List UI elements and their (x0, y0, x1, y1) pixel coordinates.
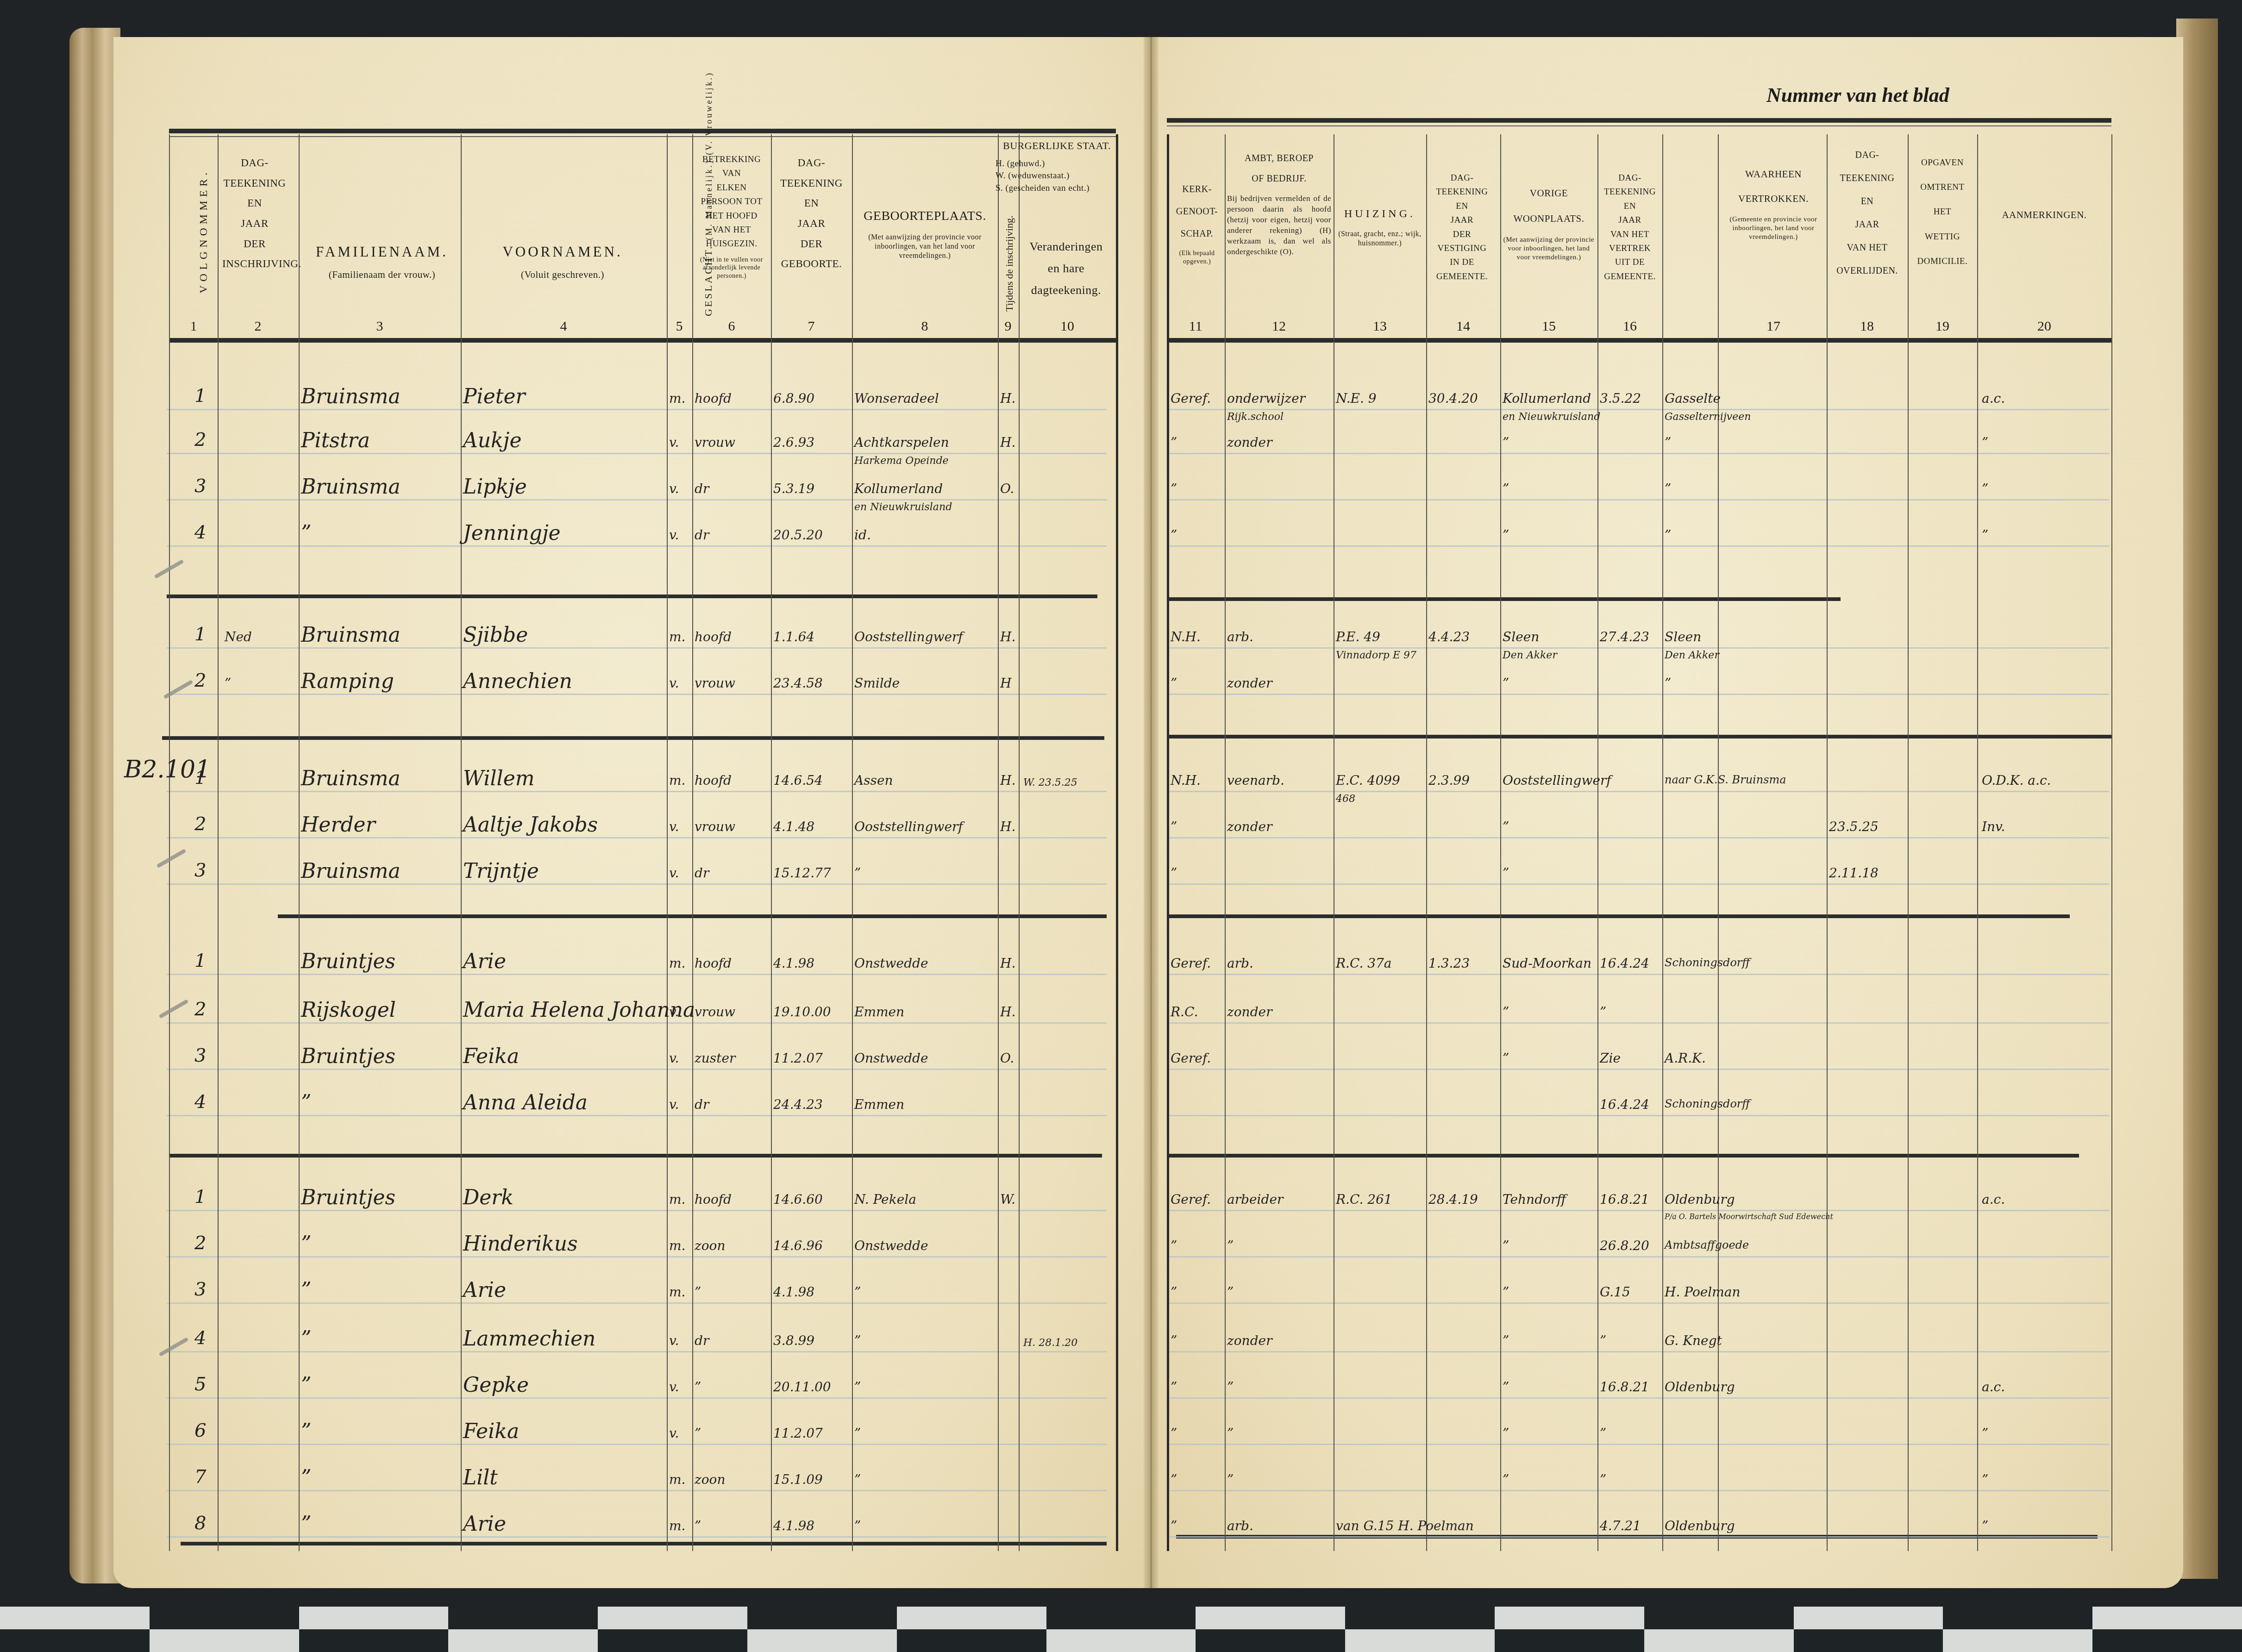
civil-status: H. (1000, 1006, 1015, 1019)
birth-date: 5.3.19 (773, 482, 814, 495)
remarks: a.c. (1982, 392, 2005, 405)
sex: v. (669, 1098, 679, 1111)
occupation: veenarb. (1227, 774, 1284, 787)
ruling-line (167, 1256, 1107, 1258)
birthplace: ” (854, 1473, 861, 1486)
relation-to-head: hoofd (695, 957, 732, 970)
surname: Bruintjes (301, 951, 395, 972)
civil-changes: W. 23.5.25 (1023, 778, 1077, 788)
ruling-line (167, 1022, 1107, 1024)
previous-residence: ” (1503, 436, 1509, 449)
departure-date: 16.4.24 (1600, 1098, 1649, 1111)
relation-to-head: hoofd (695, 392, 732, 405)
ruling-line (1169, 409, 2109, 410)
church: N.H. (1171, 774, 1201, 787)
destination: Gasselte (1665, 392, 1721, 405)
column-line (1426, 134, 1427, 1551)
surname: Bruinsma (301, 387, 401, 407)
surname: Herder (301, 815, 376, 835)
surname: ” (301, 1280, 312, 1301)
occupation: arbeider (1227, 1193, 1283, 1206)
destination: Ambtsaffgoede (1665, 1239, 1749, 1251)
church: ” (1171, 1381, 1177, 1394)
previous-residence: ” (1503, 677, 1509, 690)
sex: m. (669, 1193, 685, 1206)
given-names: Feika (463, 1046, 519, 1067)
column-line (1334, 134, 1334, 1551)
column-line (1500, 134, 1501, 1551)
entry-number: 1 (194, 1188, 206, 1206)
sex: m. (669, 774, 685, 787)
destination: ” (1665, 529, 1671, 542)
ruling-line (167, 1536, 1107, 1538)
destination: ” (1665, 436, 1671, 449)
col3-header: FAMILIENAAM. (Familienaam der vrouw.) (306, 238, 458, 284)
surname: ” (301, 1421, 312, 1442)
departure-date: 4.7.21 (1600, 1520, 1641, 1533)
col6-header: BETREKKINGVANELKENPERSOON TOTHET HOOFDVA… (692, 153, 771, 280)
birthplace: Onstwedde (854, 957, 928, 970)
remarks: a.c. (1982, 1193, 2005, 1206)
ruling-line (1169, 1490, 2109, 1491)
given-names: Jenningje (463, 523, 561, 544)
destination: ” (1665, 482, 1671, 495)
relation-to-head: dr (695, 482, 709, 495)
departure-date: 27.4.23 (1600, 631, 1649, 644)
household-separator-1-right (1169, 597, 1841, 601)
birthplace-continued: en Nieuwkruisland (854, 502, 952, 513)
column-number-19: 19 (1924, 319, 1961, 334)
surname: ” (301, 1375, 312, 1395)
registration-date: Ned (225, 631, 252, 644)
column-number-4: 4 (545, 319, 582, 334)
birthplace: Kollumerland (854, 482, 943, 495)
ruling-line (167, 974, 1107, 975)
ruling-line (167, 837, 1107, 839)
settlement-date: 1.3.23 (1428, 957, 1470, 970)
death-date: 2.11.18 (1829, 867, 1879, 880)
house: E.C. 4099 (1336, 774, 1400, 787)
ruling-line (167, 791, 1107, 792)
surname: ” (301, 1329, 312, 1349)
destination: Oldenburg (1665, 1520, 1735, 1533)
sex: v. (669, 820, 679, 833)
relation-to-head: vrouw (695, 436, 735, 449)
column-line (169, 134, 170, 1551)
house-continued: Vinnadorp E 97 (1336, 651, 1416, 661)
surname: Bruinsma (301, 861, 401, 882)
birthplace: ” (854, 1520, 861, 1533)
destination: ” (1665, 677, 1671, 690)
column-number-17: 17 (1755, 319, 1792, 334)
header-top-thinrule-left (169, 136, 1116, 137)
sex: v. (669, 529, 679, 542)
birth-date: 14.6.60 (773, 1193, 823, 1206)
ruling-line (1169, 791, 2109, 792)
previous-continued: en Nieuwkruisland (1503, 412, 1600, 422)
entry-number: 3 (194, 1046, 206, 1065)
relation-to-head: zuster (695, 1052, 735, 1065)
col10-header: Veranderingenen haredagteekening. (1016, 236, 1116, 301)
birthplace: ” (854, 1334, 861, 1347)
given-names: Lipkje (463, 477, 527, 497)
header-top-rule-left (169, 129, 1116, 133)
column-line (771, 134, 772, 1551)
birthplace: Assen (854, 774, 893, 787)
occupation: ” (1227, 1286, 1234, 1299)
sex: m. (669, 1239, 685, 1252)
ruling-line (167, 453, 1107, 454)
given-names: Sjibbe (463, 625, 528, 645)
church: ” (1171, 1520, 1177, 1533)
civil-status: H. (1000, 436, 1015, 449)
settlement-date: 30.4.20 (1428, 392, 1478, 405)
sex: m. (669, 631, 685, 644)
birthplace: Smilde (854, 677, 900, 690)
col4-header: VOORNAMEN. (Voluit geschreven.) (463, 238, 662, 284)
church: Geref. (1171, 1193, 1211, 1206)
relation-to-head: ” (695, 1520, 701, 1533)
previous-residence: ” (1503, 1239, 1509, 1252)
church: ” (1171, 482, 1177, 495)
column-line (461, 134, 462, 1551)
birthplace: N. Pekela (854, 1193, 916, 1206)
birth-date: 4.1.98 (773, 1520, 814, 1533)
column-line (1116, 134, 1118, 1551)
col16-header: DAG-TEEKENINGENJAARVAN HETVERTREKUIT DEG… (1597, 171, 1662, 284)
ruling-line (1169, 1351, 2109, 1352)
column-number-10: 10 (1049, 319, 1086, 334)
birth-date: 15.1.09 (773, 1473, 823, 1486)
column-line (1225, 134, 1226, 1551)
book-edge-left (69, 28, 120, 1583)
sex: m. (669, 957, 685, 970)
given-names: Arie (463, 1280, 506, 1301)
given-names: Pieter (463, 387, 525, 407)
surname: Bruinsma (301, 477, 401, 497)
birthplace: Achtkarspelen (854, 436, 949, 449)
col11-header: KERK-GENOOT-SCHAP. (Elk bepaald opgeven.… (1169, 178, 1225, 266)
col14-header: DAG-TEEKENINGENJAARDERVESTIGINGIN DEGEME… (1428, 171, 1496, 284)
birthplace: ” (854, 1381, 861, 1394)
birthplace-continued: Harkema Opeinde (854, 456, 949, 466)
given-names: Anna Aleida (463, 1093, 588, 1113)
col20-header: AANMERKINGEN. (1979, 206, 2109, 225)
occupation: zonder (1227, 1006, 1272, 1019)
ruling-line (1169, 883, 2109, 885)
column-number-5: 5 (661, 319, 698, 334)
household-separator-1-left (167, 594, 1097, 598)
book-gutter (1144, 37, 1159, 1588)
column-number-3: 3 (361, 319, 398, 334)
header-bottom-rule-right (1167, 338, 2111, 343)
remarks: ” (1982, 1473, 1988, 1486)
relation-to-head: vrouw (695, 1006, 735, 1019)
birth-date: 20.5.20 (773, 529, 823, 542)
departure-date: 16.4.24 (1600, 957, 1649, 970)
civil-changes: H. 28.1.20 (1023, 1338, 1077, 1348)
column-line (1019, 134, 1020, 1551)
ruling-line (1169, 545, 2109, 547)
relation-to-head: ” (695, 1381, 701, 1394)
destination: Schoningsdorff (1665, 957, 1750, 968)
remarks: a.c. (1982, 1381, 2005, 1394)
entry-number: 2 (194, 1234, 206, 1252)
given-names: Hinderikus (463, 1234, 578, 1254)
destination: Oldenburg (1665, 1381, 1735, 1394)
entry-number: 1 (194, 387, 206, 405)
church: ” (1171, 820, 1177, 833)
birth-date: 2.6.93 (773, 436, 814, 449)
given-names: Willem (463, 769, 534, 789)
departure-date: G.15 (1600, 1286, 1630, 1299)
given-names: Aaltje Jakobs (463, 815, 598, 835)
departure-date: ” (1600, 1473, 1606, 1486)
entry-number: 4 (194, 523, 206, 542)
house-continued: 468 (1336, 794, 1355, 804)
ruling-line (1169, 1302, 2109, 1304)
occupation: zonder (1227, 677, 1272, 690)
ruling-line (167, 545, 1107, 547)
col1-header: VOLGNOMMER. (198, 155, 210, 294)
registration-date: ” (225, 677, 231, 690)
settlement-date: 4.4.23 (1428, 631, 1470, 644)
relation-to-head: dr (695, 529, 709, 542)
color-calibration-strip (0, 1607, 2242, 1652)
column-number-16: 16 (1611, 319, 1648, 334)
ruling-line (167, 694, 1107, 695)
occupation: arb. (1227, 957, 1253, 970)
birthplace: Onstwedde (854, 1052, 928, 1065)
col13-header: HUIZING. (Straat, gracht, enz.; wijk, hu… (1334, 204, 1426, 248)
burgerlijke-staat-header: BURGERLIJKE STAAT. H. (gehuwd.) W. (wedu… (996, 139, 1118, 195)
previous-residence: ” (1503, 1427, 1509, 1440)
col17-header: WAARHEENVERTROKKEN. (Gemeente en provinc… (1720, 162, 1827, 241)
household-separator-3-right (1167, 914, 2070, 918)
sex: v. (669, 482, 679, 495)
ruling-line (1169, 1022, 2109, 1024)
column-number-2: 2 (239, 319, 276, 334)
previous-residence: Tehndorff (1503, 1193, 1566, 1206)
ruling-line (167, 1351, 1107, 1352)
entry-number: 2 (194, 1000, 206, 1019)
birth-date: 6.8.90 (773, 392, 814, 405)
ruling-line (167, 1210, 1107, 1211)
church: ” (1171, 529, 1177, 542)
entry-number: 3 (194, 477, 206, 495)
ruling-line (167, 1490, 1107, 1491)
sex: v. (669, 867, 679, 880)
previous-residence: Sleen (1503, 631, 1539, 644)
civil-status: O. (1000, 1052, 1014, 1065)
settlement-date: 2.3.99 (1428, 774, 1470, 787)
entry-number: 8 (194, 1514, 206, 1533)
ruling-line (167, 1444, 1107, 1445)
relation-to-head: zoon (695, 1239, 726, 1252)
civil-status: H. (1000, 820, 1015, 833)
previous-residence: ” (1503, 1006, 1509, 1019)
church: ” (1171, 1427, 1177, 1440)
occupation: onderwijzer (1227, 392, 1305, 405)
civil-status: O. (1000, 482, 1014, 495)
settlement-date: 28.4.19 (1428, 1193, 1478, 1206)
relation-to-head: vrouw (695, 820, 735, 833)
birthplace: ” (854, 1286, 861, 1299)
ruling-line (167, 1302, 1107, 1304)
birthplace: Emmen (854, 1098, 904, 1111)
sex: m. (669, 1473, 685, 1486)
previous-residence: Ooststellingwerf (1503, 774, 1611, 787)
church: ” (1171, 1473, 1177, 1486)
destination: G. Knegt (1665, 1334, 1722, 1347)
church: ” (1171, 677, 1177, 690)
entry-number: 6 (194, 1421, 206, 1440)
col15-header: VORIGEWOONPLAATS. (Met aanwijzing der pr… (1500, 181, 1597, 262)
departure-date: ” (1600, 1427, 1606, 1440)
relation-to-head: dr (695, 867, 709, 880)
occupation-continued: Rijk.school (1227, 412, 1284, 422)
surname: Bruinsma (301, 769, 401, 789)
sex: v. (669, 1381, 679, 1394)
civil-status: H. (1000, 774, 1015, 787)
given-names: Arie (463, 951, 506, 972)
ruling-line (1169, 1210, 2109, 1211)
surname: Bruintjes (301, 1188, 395, 1208)
ruling-line (167, 499, 1107, 501)
household-separator-2-right (1167, 735, 2111, 738)
birth-date: 15.12.77 (773, 867, 831, 880)
column-line (998, 134, 999, 1551)
previous-residence: Sud-Moorkan (1503, 957, 1591, 970)
surname: ” (301, 1468, 312, 1488)
column-line (2111, 134, 2112, 1551)
departure-date: Zie (1600, 1052, 1621, 1065)
entry-number: 1 (194, 625, 206, 644)
occupation: ” (1227, 1427, 1234, 1440)
household-separator-4-left (169, 1154, 1102, 1158)
given-names: Lammechien (463, 1329, 595, 1349)
column-number-1: 1 (175, 319, 212, 334)
occupation: arb. (1227, 1520, 1253, 1533)
ruling-line (1169, 694, 2109, 695)
occupation: zonder (1227, 820, 1272, 833)
relation-to-head: hoofd (695, 1193, 732, 1206)
given-names: Derk (463, 1188, 514, 1208)
church: R.C. (1171, 1006, 1198, 1019)
remarks: O.D.K. a.c. (1982, 774, 2051, 787)
departure-date: ” (1600, 1334, 1606, 1347)
destination: A.R.K. (1665, 1052, 1706, 1065)
previous-residence: ” (1503, 1334, 1509, 1347)
column-number-6: 6 (713, 319, 750, 334)
col2-header: DAG-TEEKENINGENJAARDERINSCHRIJVING. (222, 153, 287, 274)
destination: H. Poelman (1665, 1286, 1741, 1299)
civil-status: H. (1000, 631, 1015, 644)
col12-header: AMBT, BEROEPOF BEDRIJF. Bij bedrijven ve… (1227, 148, 1331, 257)
column-line (1908, 134, 1909, 1551)
ruling-line (1169, 1069, 2109, 1070)
house: van G.15 H. Poelman (1336, 1520, 1474, 1533)
given-names: Annechien (463, 671, 572, 692)
col18-header: DAG-TEEKENINGENJAARVAN HETOVERLIJDEN. (1827, 144, 1908, 282)
birth-date: 14.6.54 (773, 774, 823, 787)
entry-number: 3 (194, 861, 206, 880)
ruling-line (1169, 1444, 2109, 1445)
destination: naar G.K.S. Bruinsma (1665, 774, 1786, 785)
church: ” (1171, 1239, 1177, 1252)
household-separator-2-left (162, 736, 1104, 740)
sex: v. (669, 1006, 679, 1019)
remarks: Inv. (1982, 820, 2005, 833)
col7-header: DAG-TEEKENINGENJAARDERGEBOORTE. (771, 153, 852, 274)
household-separator-4-right (1167, 1154, 2079, 1158)
column-number-20: 20 (2026, 319, 2063, 334)
given-names: Aukje (463, 431, 521, 451)
ruling-line (1169, 1397, 2109, 1399)
sex: m. (669, 1286, 685, 1299)
column-line (667, 134, 668, 1551)
surname: ” (301, 1093, 312, 1113)
civil-status: H. (1000, 392, 1015, 405)
church: Geref. (1171, 392, 1211, 405)
occupation: ” (1227, 1473, 1234, 1486)
relation-to-head: ” (695, 1427, 701, 1440)
relation-to-head: dr (695, 1098, 709, 1111)
church: ” (1171, 867, 1177, 880)
birth-date: 4.1.48 (773, 820, 814, 833)
relation-to-head: vrouw (695, 677, 735, 690)
column-number-11: 11 (1177, 319, 1214, 334)
previous-residence: Kollumerland (1503, 392, 1591, 405)
ruling-line (1169, 647, 2109, 649)
house: R.C. 37a (1336, 957, 1392, 970)
occupation: arb. (1227, 631, 1253, 644)
entry-number: 2 (194, 815, 206, 833)
previous-residence: ” (1503, 1381, 1509, 1394)
destination-continued: P/a O. Bartels Moorwirtschaft Sud Edewec… (1665, 1213, 1833, 1220)
ruling-line (1169, 1115, 2109, 1116)
ruling-line (1169, 1536, 2109, 1538)
house: R.C. 261 (1336, 1193, 1392, 1206)
entry-number: 7 (194, 1468, 206, 1486)
birthplace: Ooststellingwerf (854, 631, 963, 644)
given-names: Maria Helena Johanna (463, 1000, 695, 1020)
departure-date: ” (1600, 1006, 1606, 1019)
sex: v. (669, 1427, 679, 1440)
occupation: ” (1227, 1381, 1234, 1394)
column-number-14: 14 (1445, 319, 1482, 334)
entry-number: 2 (194, 431, 206, 449)
relation-to-head: hoofd (695, 774, 732, 787)
birthplace: Emmen (854, 1006, 904, 1019)
right-page (1151, 37, 2183, 1588)
church: ” (1171, 1334, 1177, 1347)
relation-to-head: dr (695, 1334, 709, 1347)
remarks: ” (1982, 482, 1988, 495)
column-line (299, 134, 300, 1551)
ruling-line (167, 1397, 1107, 1399)
col9-header: Tijdens de inschrijving. (1003, 219, 1015, 312)
remarks: ” (1982, 1427, 1988, 1440)
column-line (1827, 134, 1828, 1551)
sex: m. (669, 392, 685, 405)
birth-date: 4.1.98 (773, 1286, 814, 1299)
relation-to-head: zoon (695, 1473, 726, 1486)
previous-continued: Den Akker (1503, 651, 1557, 661)
departure-date: 3.5.22 (1600, 392, 1641, 405)
church: N.H. (1171, 631, 1201, 644)
birth-date: 3.8.99 (773, 1334, 814, 1347)
